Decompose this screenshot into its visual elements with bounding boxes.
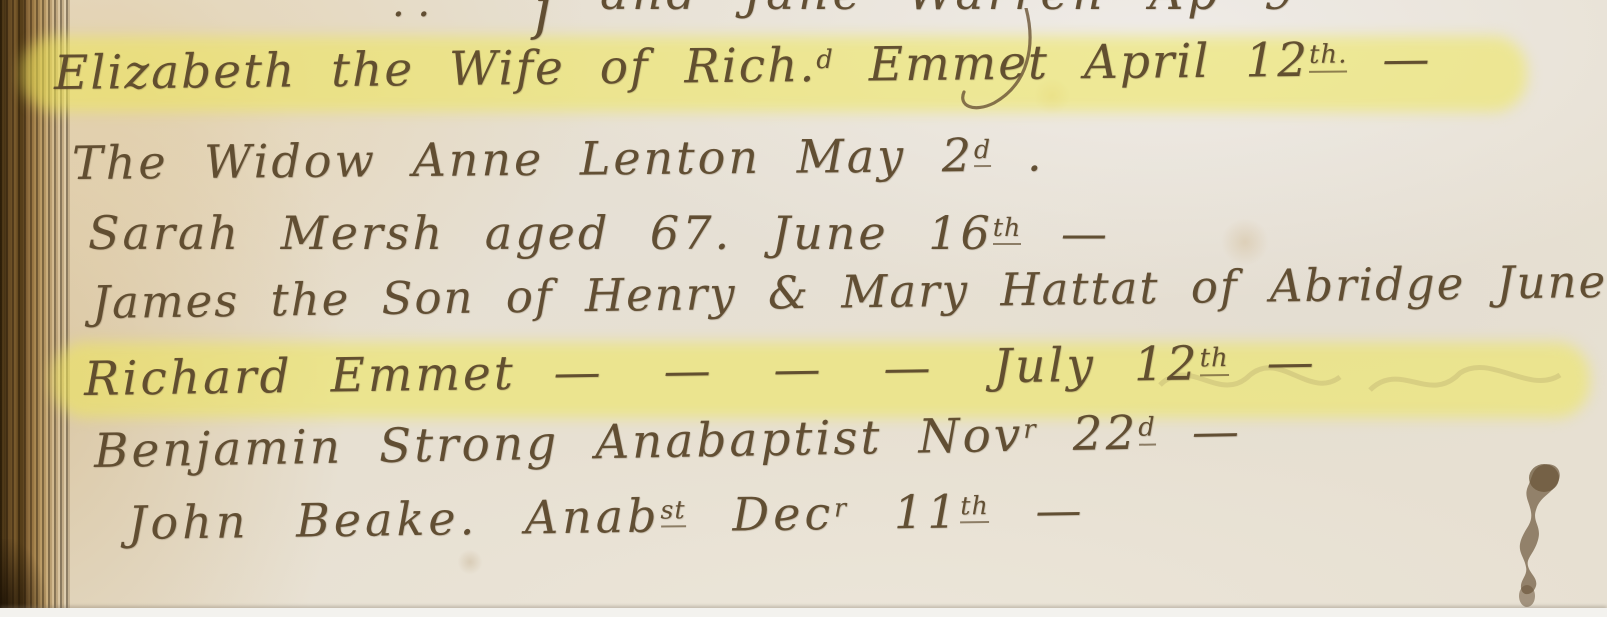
entry-text: and Jane Warren Ap 9 —: [600, 0, 1392, 21]
register-entry-john-beake: John Beake. Anabst Decr 11th —: [128, 483, 1086, 550]
entry-text: 11: [847, 484, 961, 540]
entry-text: —: [1155, 404, 1242, 460]
ink-blot: [1498, 460, 1568, 615]
entry-text: 22: [1036, 406, 1139, 463]
entry-text: Elizabeth the Wife of Rich.: [54, 38, 817, 101]
register-page-photo: · · ſ and Jane Warren Ap 9 — Elizabeth t…: [0, 0, 1607, 617]
entry-text: —: [1347, 32, 1432, 88]
superscript: d: [974, 135, 991, 167]
register-entry-sarah-mersh: Sarah Mersh aged 67. June 16th —: [88, 206, 1110, 260]
entry-text: —: [1021, 206, 1110, 260]
superscript: th: [960, 491, 989, 523]
superscript: th: [1199, 343, 1228, 376]
register-entry-anne-lenton: The Widow Anne Lenton May 2d .: [72, 128, 1045, 190]
entry-text: Sarah Mersh aged 67. June 16: [88, 206, 993, 260]
entry-text: John Beake. Anab: [128, 489, 661, 550]
register-entry-jane-warren-partial: and Jane Warren Ap 9 —: [600, 0, 1392, 21]
register-entry-james-hattat: James the Son of Henry & Mary Hattat of …: [92, 254, 1607, 329]
entry-text: —: [988, 483, 1085, 538]
entry-text: .: [991, 128, 1045, 182]
entry-text: July 12: [993, 336, 1200, 394]
filler-dashes: — — — —: [553, 339, 993, 400]
photo-bottom-edge: [0, 608, 1607, 617]
fragment-text: ſ: [534, 0, 555, 42]
entry-text: Richard Emmet: [84, 345, 554, 407]
superscript: th.: [1309, 40, 1348, 73]
entry-text: The Widow Anne Lenton May 2: [72, 128, 974, 190]
superscript: r: [834, 493, 847, 522]
superscript: d: [816, 45, 834, 75]
entry-text: James the Son of Henry & Mary Hattat of …: [92, 254, 1607, 329]
book-binding-corner-shadow: [0, 539, 46, 609]
cut-off-mark-dots: · ·: [392, 0, 430, 38]
superscript: th: [993, 213, 1021, 245]
entry-text: Emmet April 12: [834, 33, 1310, 93]
entry-text: Dec: [685, 486, 834, 542]
entry-text: Benjamin Strong Anabaptist Nov: [94, 408, 1024, 479]
cut-off-mark-stroke: ſ: [534, 0, 555, 42]
superscript: st: [660, 496, 686, 528]
superscript: d: [1138, 413, 1156, 446]
entry-text: —: [1228, 335, 1317, 391]
superscript: r: [1023, 415, 1037, 445]
fragment-text: · ·: [392, 0, 430, 38]
